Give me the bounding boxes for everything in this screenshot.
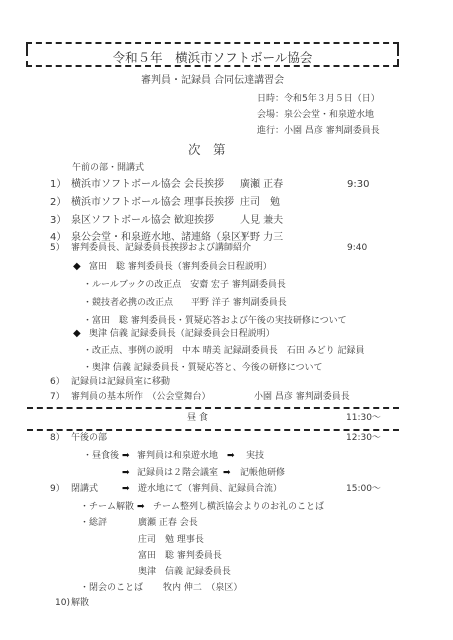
item-text: 記録員は記録員室に移動	[71, 378, 170, 387]
diamond-bullet-icon: ◆	[73, 329, 81, 339]
item-text: 審判員の基本所作 （公会堂舞台）	[71, 393, 211, 402]
scorer-heading: 奥津 信義 記録委員長（記録委員会日程説明）	[89, 330, 275, 339]
umpire-bullet: ・競技者必携の改正点 平野 洋子 審判副委員長	[83, 299, 287, 308]
arrow-right-icon: ➡	[122, 452, 130, 461]
item-number: 3）	[50, 216, 66, 226]
item-text: 横浜市ソフトボール協会 会長挨拶	[71, 180, 224, 190]
afternoon-scorer: 記録員は２階会議室	[137, 469, 218, 478]
morning-label: 午前の部・開講式	[72, 164, 144, 173]
lunch-label: 昼 食	[187, 414, 208, 423]
agenda-title: 次 第	[188, 144, 226, 157]
arrow-right-icon: ➡	[137, 503, 145, 512]
document-subtitle: 審判員・記録員 合同伝達講習会	[141, 76, 284, 86]
document-title: 令和５年 横浜市ソフトボール協会	[26, 48, 399, 66]
item-text: 閉講式	[71, 485, 98, 494]
item-text: 審判委員長、記録委員長挨拶および講師紹介	[71, 244, 251, 253]
item-person: 廣瀬 正春	[240, 180, 283, 190]
item-time: 15:00～	[346, 485, 381, 494]
afternoon-umpire-activity: 実技	[246, 452, 264, 461]
item-text: 泉公会堂・和泉遊水地、諸連絡（泉区）	[71, 233, 251, 243]
closing-words-person: 牧内 伸二 （泉区）	[163, 584, 242, 593]
item-number: 4）	[50, 233, 66, 243]
umpire-heading: 富田 聡 審判委員長（審判委員会日程説明）	[89, 263, 272, 272]
item-number: 10)	[55, 599, 70, 608]
reviewer: 廣瀬 正春 会長	[138, 519, 198, 528]
arrow-right-icon: ➡	[122, 469, 130, 478]
afternoon-umpire: 審判員は和泉遊水地	[137, 452, 218, 461]
item-time: 9:30	[347, 180, 369, 190]
closing-words-label: ・閉会のことば	[80, 584, 143, 593]
item-time: 9:40	[347, 244, 367, 253]
arrow-right-icon: ➡	[122, 485, 130, 494]
item-number: 1）	[50, 180, 66, 190]
item-text: 午後の部	[71, 434, 107, 443]
arrow-right-icon: ➡	[223, 469, 231, 478]
disband-label: ・チーム解散	[80, 503, 134, 512]
diamond-bullet-icon: ◆	[73, 262, 81, 272]
title-box: 令和５年 横浜市ソフトボール協会	[26, 42, 399, 67]
item-number: 5）	[50, 244, 65, 253]
event-venue: 会場：泉公会堂・和泉遊水地	[257, 111, 374, 120]
reviewer: 庄司 勉 理事長	[138, 536, 204, 545]
item-number: 2）	[50, 198, 66, 208]
item-person: 庄司 勉	[240, 198, 280, 208]
item-text: 解散	[71, 599, 89, 608]
item-number: 8）	[50, 434, 65, 443]
arrow-right-icon: ➡	[227, 452, 235, 461]
reviewer: 富田 聡 審判委員長	[138, 552, 222, 561]
event-host: 進行：小園 昌彦 審判副委員長	[257, 127, 380, 136]
umpire-bullet: ・ルールブックの改正点 安齋 宏子 審判副委員長	[83, 281, 286, 290]
disband-detail: チーム整列し横浜協会よりのお礼のことば	[153, 503, 324, 512]
reviewer: 奥津 信義 記録委員長	[138, 568, 231, 577]
scorer-bullet: ・改正点、事例の説明 中本 晴美 記録副委員長 石田 みどり 記録員	[83, 347, 364, 356]
separator-line	[27, 407, 399, 409]
item-text: 泉区ソフトボール協会 歓迎挨拶	[71, 216, 214, 226]
review-label: ・総評	[80, 519, 107, 528]
item-text: 横浜市ソフトボール協会 理事長挨拶	[71, 198, 234, 208]
item-person: 平野 力三	[240, 233, 283, 243]
event-date: 日時：令和5年３月５日（日）	[257, 95, 380, 104]
afternoon-prefix: ・昼食後	[83, 452, 119, 461]
separator-line	[27, 429, 399, 431]
item-number: 6）	[50, 378, 65, 387]
item-time: 12:30～	[346, 434, 381, 443]
item-number: 7）	[50, 393, 65, 402]
closing-detail: 遊水地にて（審判員、記録員合流）	[138, 485, 282, 494]
umpire-bullet: ・富田 聡 審判委員長・質疑応答および午後の実技研修について	[83, 317, 347, 326]
item-number: 9）	[50, 485, 65, 494]
item-person: 人見 兼夫	[240, 216, 283, 226]
afternoon-scorer-activity: 記帳他研修	[240, 469, 285, 478]
lunch-time: 11:30～	[346, 414, 381, 423]
item-person: 小園 昌彦 審判副委員長	[254, 393, 350, 402]
scorer-bullet: ・奥津 信義 記録委員長・質疑応答と、今後の研修について	[83, 364, 323, 373]
